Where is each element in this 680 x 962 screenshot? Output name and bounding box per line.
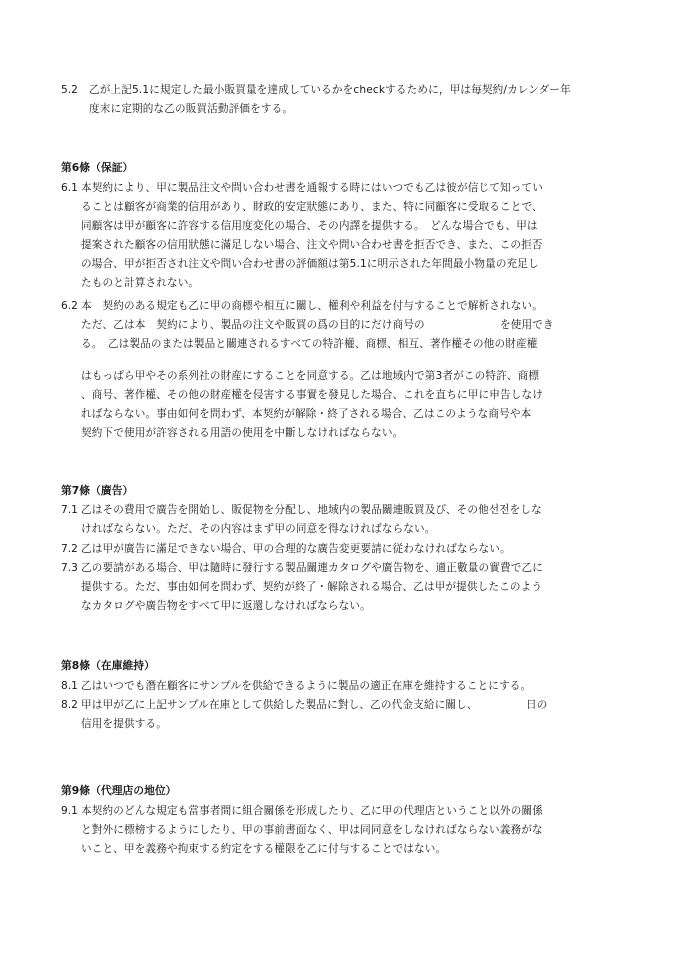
- clause-text-line: 契約下で使用が許容される用語の使用を中斷しなければならない。: [81, 426, 403, 440]
- clause-number: 8.1: [61, 679, 78, 693]
- clause-number: 6.2: [61, 299, 78, 313]
- clause-text-line: ただ、乙は本 契約により、製品の注文や販買の爲の目的にだけ商号の を使用でき: [81, 318, 554, 332]
- clause-number: 7.3: [61, 561, 78, 575]
- clause-number: 5.2: [61, 83, 78, 97]
- article-9-heading: 第9條（代理店の地位）: [61, 784, 176, 798]
- clause-text-line: る。 乙は製品のまたは製品と關連されるすべての特許權、商標、相互、著作權その他の…: [81, 337, 537, 351]
- clause-text-line: の場合、甲が拒否され注文や問い合わせ書の評価額は第5.1に明示された年間最小物量…: [81, 257, 539, 271]
- clause-text-line: 本契約のどんな規定も當事者間に組合關係を形成したり、乙に甲の代理店ということ以外…: [81, 804, 543, 818]
- clause-text-line: 提供する。ただ、事由如何を問わず、契約が終了・解除される場合、乙は甲が提供したこ…: [81, 580, 542, 594]
- clause-text-line: 乙はその費用で廣告を開始し、販促物を分配し、地域内の製品關連販買及び、その他선전…: [81, 503, 542, 517]
- clause-text-line: ることは顧客が商業的信用があり、財政的安定狀態にあり、また、特に同顧客に受取るこ…: [81, 200, 543, 214]
- clause-text-line: 乙が上記5.1に規定した最小販買量を達成しているかをcheckするために，甲は毎…: [89, 83, 571, 97]
- clause-text-line: 甲は甲が乙に上記サンプル在庫として供給した製品に對し、乙の代金支給に關し、 日の: [81, 698, 547, 712]
- clause-text-line: ければならない。ただ、その内容はまず甲の同意を得なければならない。: [81, 522, 436, 536]
- clause-text-line: 、商号、著作權、その他の財産權を侵害する事實を發見した場合、これを直ちに甲に申告…: [81, 388, 543, 402]
- clause-number: 6.1: [61, 181, 78, 195]
- clause-text-line: 乙の要請がある場合、甲は隨時に發行する製品關連カタログや廣告物を、適正數量の實費…: [81, 561, 543, 575]
- clause-number: 7.1: [61, 503, 78, 517]
- clause-number: 7.2: [61, 542, 78, 556]
- article-7-heading: 第7條（廣告）: [61, 484, 133, 498]
- clause-number: 9.1: [61, 804, 78, 818]
- clause-text-line: いこと、甲を義務や拘束する約定をする權限を乙に付与することではない。: [81, 842, 446, 856]
- clause-text-line: 本 契約のある規定も乙に甲の商標や相互に關し、權利や利益を付与することで解析され…: [81, 299, 543, 313]
- clause-text-line: 乙はいつでも潛在顧客にサンプルを供給できるように製品の適正在庫を維持することにす…: [81, 679, 531, 693]
- clause-number: 8.2: [61, 698, 78, 712]
- clause-text-line: たものと計算されない。: [81, 276, 199, 290]
- article-8-heading: 第8條（在庫維持）: [61, 659, 155, 673]
- clause-text-line: 本契約により、甲に製品注文や問い合わせ書を通報する時にはいつでも乙は彼が信じて知…: [81, 181, 543, 195]
- clause-text-line: 乙は甲が廣告に滿足できない場合、甲の合理的な廣告変更要請に従わなければならない。: [81, 542, 511, 556]
- clause-text-line: と對外に標榜するようにしたり、甲の事前書面なく、甲は同同意をしなければならない義…: [81, 823, 543, 837]
- clause-text-line: なカタログや廣告物をすべて甲に返還しなければならない。: [81, 599, 371, 613]
- clause-text-line: ればならない。事由如何を問わず、本契約が解除・終了される場合、乙はこのような商号…: [81, 407, 531, 421]
- clause-text-line: 信用を提供する。: [81, 717, 167, 731]
- clause-text-line: 同顧客は甲が顧客に許容する信用度変化の場合、その内譯を提供する。 どんな場合でも…: [81, 219, 538, 233]
- article-6-heading: 第6條（保証）: [61, 161, 133, 175]
- clause-text-line: 度末に定期的な乙の販買活動評価をする。: [89, 102, 293, 116]
- clause-text-line: 提案された顧客の信用狀態に滿足しない場合、注文や問い合わせ書を拒否でき、また、こ…: [81, 238, 543, 252]
- clause-text-line: はもっぱら甲やその系列社の財産にすることを同意する。乙は地域内で第3者がこの特許…: [81, 369, 539, 383]
- document-page: 5.2 乙が上記5.1に規定した最小販買量を達成しているかをcheckするために…: [0, 0, 680, 962]
